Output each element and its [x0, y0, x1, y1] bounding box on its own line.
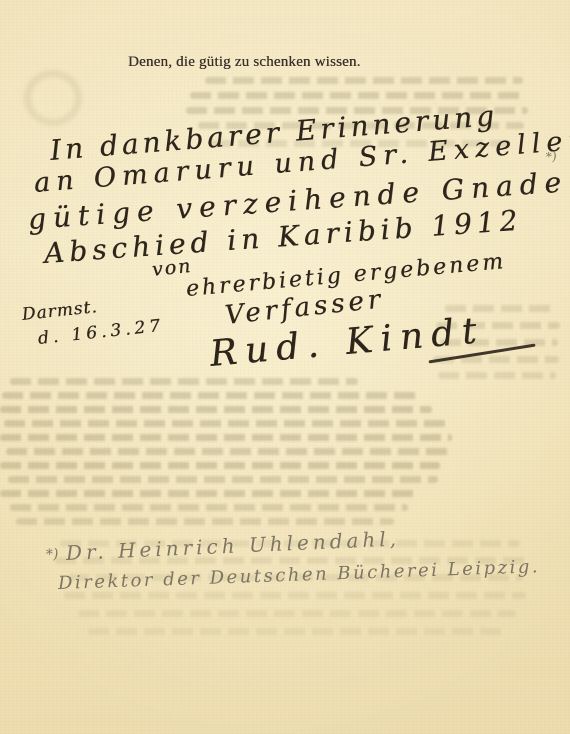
show-through-ghost-line — [6, 448, 452, 455]
show-through-ghost-line — [10, 378, 358, 385]
footnote-mark: *) — [46, 546, 59, 563]
footnote-reference-mark: *) — [546, 149, 558, 164]
show-through-ghost-line — [0, 406, 432, 413]
scanned-book-page: Denen, die gütig zu schenken wissen. In … — [0, 0, 570, 734]
footnote-line-1: Dr. Heinrich Uhlendahl, — [65, 526, 400, 565]
show-through-ghost-line — [10, 504, 408, 511]
show-through-ghost-line — [16, 518, 394, 525]
printed-dedication: Denen, die gütig zu schenken wissen. — [128, 54, 361, 71]
show-through-initial-ghost — [24, 70, 82, 126]
show-through-ghost-line — [4, 420, 446, 427]
show-through-ghost-line — [205, 77, 523, 84]
show-through-ghost-line — [0, 490, 420, 497]
show-through-ghost-line — [0, 434, 452, 441]
show-through-ghost-line — [8, 476, 438, 483]
show-through-ghost-line — [0, 462, 440, 469]
show-through-ghost-line — [2, 392, 422, 399]
show-through-ghost-line — [78, 610, 516, 617]
inscription-place: Darmst. — [21, 297, 99, 325]
show-through-ghost-line — [88, 628, 503, 635]
show-through-ghost-line — [438, 372, 556, 379]
show-through-ghost-line — [64, 592, 526, 599]
show-through-ghost-line — [190, 92, 525, 99]
